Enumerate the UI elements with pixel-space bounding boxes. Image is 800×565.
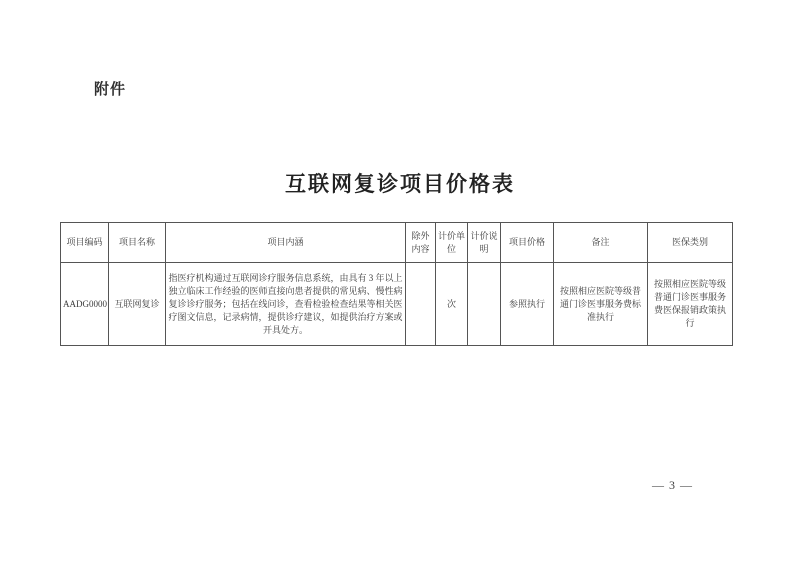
column-header-project-content: 项目内涵: [166, 223, 406, 263]
cell-pricing-description: [468, 263, 501, 346]
cell-pricing-unit: 次: [436, 263, 468, 346]
column-header-pricing-unit: 计价单位: [436, 223, 468, 263]
column-header-insurance-category: 医保类别: [648, 223, 733, 263]
document-page: 附件 互联网复诊项目价格表 项目编码 项目名称 项目内涵 除外内容 计价单位 计…: [0, 0, 800, 565]
cell-project-name: 互联网复诊: [109, 263, 166, 346]
price-table: 项目编码 项目名称 项目内涵 除外内容 计价单位 计价说明 项目价格 备注 医保…: [60, 222, 733, 346]
column-header-remarks: 备注: [554, 223, 648, 263]
page-title: 互联网复诊项目价格表: [0, 168, 800, 198]
table-row: AADG0000 互联网复诊 指医疗机构通过互联网诊疗服务信息系统，由具有 3 …: [61, 263, 733, 346]
column-header-exclusions: 除外内容: [406, 223, 436, 263]
cell-project-code: AADG0000: [61, 263, 109, 346]
cell-project-price: 参照执行: [501, 263, 554, 346]
column-header-project-name: 项目名称: [109, 223, 166, 263]
attachment-label: 附件: [94, 78, 126, 99]
column-header-pricing-description: 计价说明: [468, 223, 501, 263]
cell-remarks: 按照相应医院等级普通门诊医事服务费标准执行: [554, 263, 648, 346]
page-number: — 3 —: [652, 478, 693, 493]
column-header-project-price: 项目价格: [501, 223, 554, 263]
cell-exclusions: [406, 263, 436, 346]
cell-project-content: 指医疗机构通过互联网诊疗服务信息系统，由具有 3 年以上独立临床工作经验的医师直…: [166, 263, 406, 346]
cell-insurance-category: 按照相应医院等级普通门诊医事服务费医保报销政策执行: [648, 263, 733, 346]
column-header-project-code: 项目编码: [61, 223, 109, 263]
table-header-row: 项目编码 项目名称 项目内涵 除外内容 计价单位 计价说明 项目价格 备注 医保…: [61, 223, 733, 263]
